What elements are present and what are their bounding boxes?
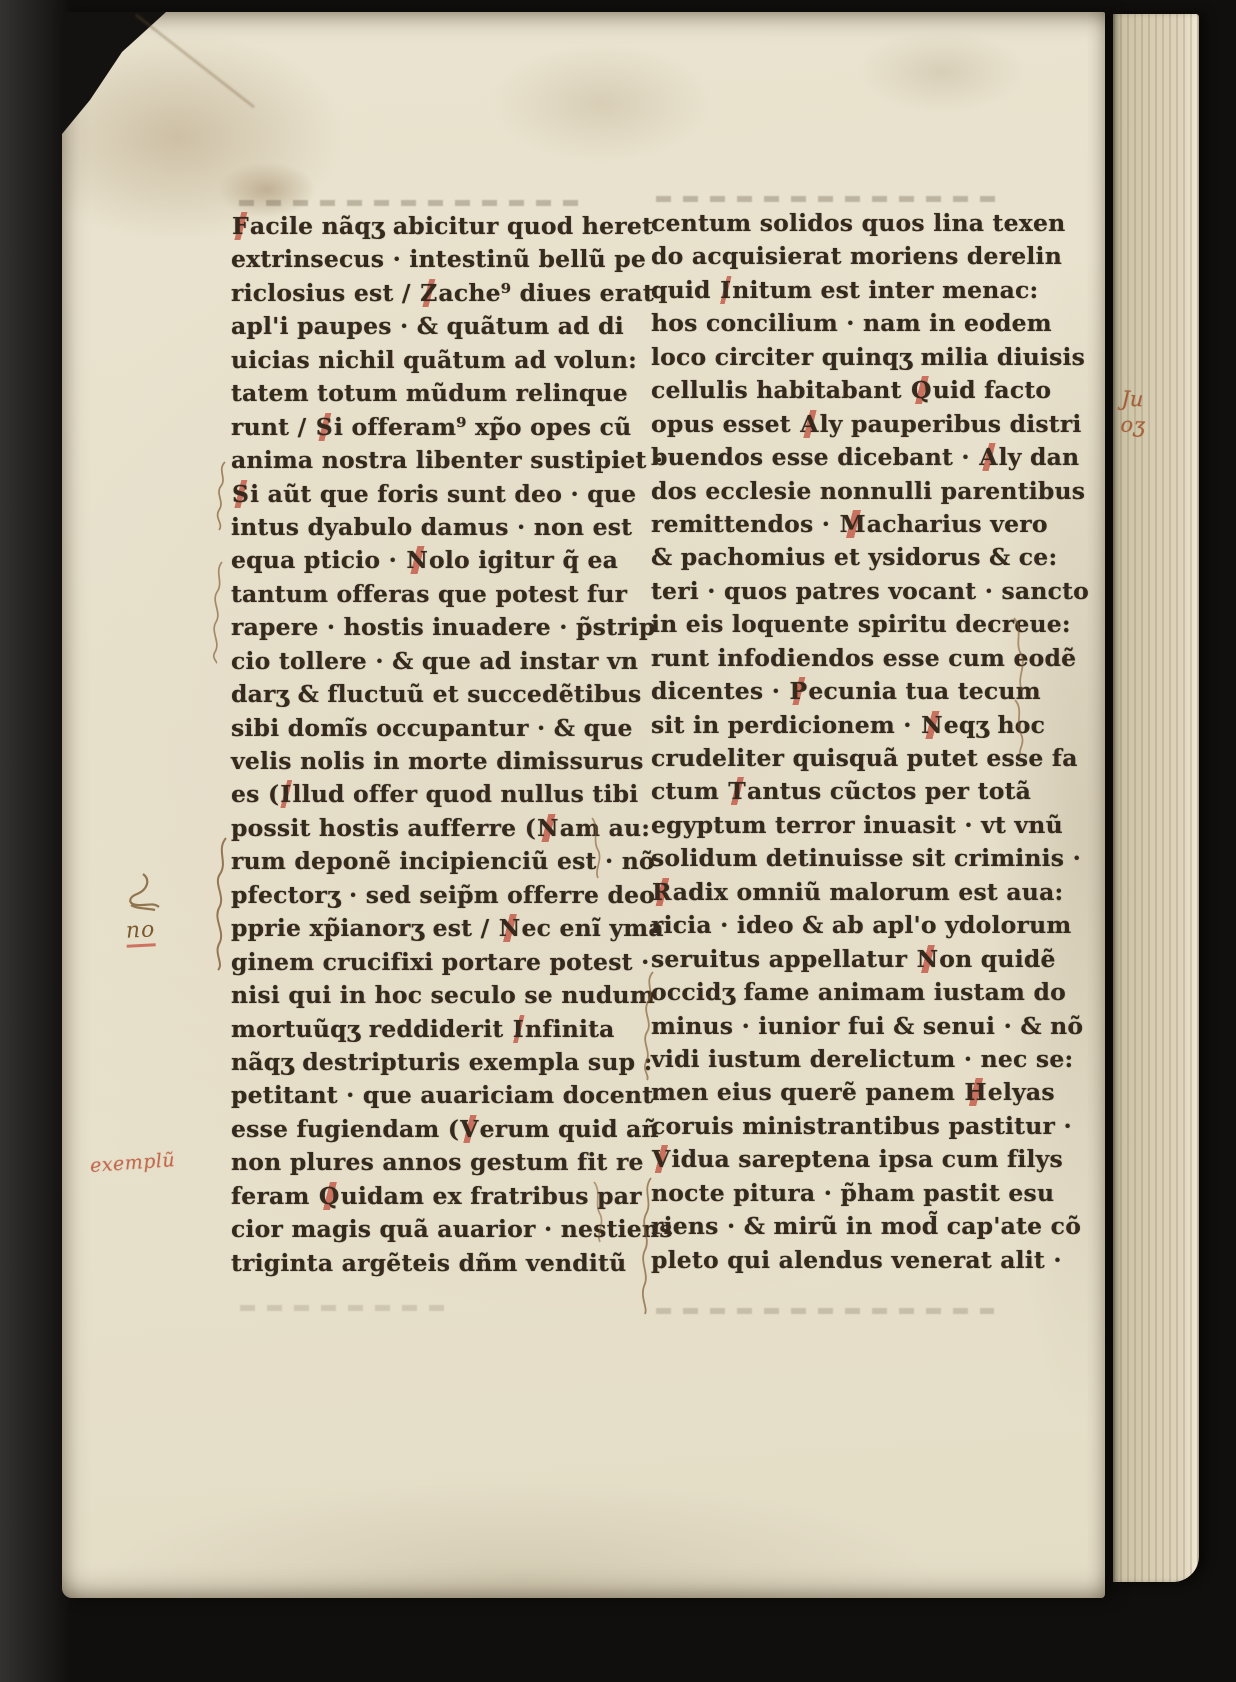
reader-mark-squiggle bbox=[588, 816, 604, 880]
text-line: centum solidos quos lina texen bbox=[651, 209, 1015, 242]
text-column-right: centum solidos quos lina texendo acquisi… bbox=[651, 209, 1015, 1279]
reader-mark-squiggle bbox=[640, 970, 658, 1082]
text-line: in eis loquente spiritu decreue: bbox=[651, 610, 1015, 643]
rubricated-initial: S bbox=[315, 413, 334, 441]
text-line: ginem crucifixi portare potest · bbox=[231, 948, 595, 981]
text-line: & pachomius et ysidorus & ce: bbox=[651, 543, 1015, 576]
rubricated-initial: N bbox=[536, 814, 560, 842]
text-line: Radix omniũ malorum est aua: bbox=[651, 878, 1015, 911]
rubricated-initial: T bbox=[727, 777, 747, 805]
rubricated-initial: Q bbox=[318, 1182, 341, 1210]
pen-flourish-icon bbox=[119, 872, 163, 914]
text-line: esse fugiendam (Verum quid añ bbox=[231, 1115, 595, 1148]
text-line: occidʒ fame animam iustam do bbox=[651, 978, 1015, 1011]
text-line: opus esset Aly pauperibus distri bbox=[651, 410, 1015, 443]
show-through-dashes bbox=[239, 200, 583, 206]
rubricated-initial: Z bbox=[419, 279, 438, 307]
text-line: non plures annos gestum fit re bbox=[231, 1148, 595, 1181]
text-line: quid Initum est inter menac: bbox=[651, 276, 1015, 309]
rubricated-initial: Q bbox=[910, 376, 933, 404]
show-through-dashes bbox=[240, 1305, 450, 1311]
rubricated-initial: I bbox=[719, 276, 732, 304]
text-line: riens · & mirũ in mod̃ cap'ate cõ bbox=[651, 1212, 1015, 1245]
text-line: crudeliter quisquã putet esse fa bbox=[651, 744, 1015, 777]
text-line: runt infodiendos esse cum eodẽ bbox=[651, 644, 1015, 677]
text-line: velis nolis in morte dimissurus bbox=[231, 747, 595, 780]
text-line: nãqʒ destripturis exempla sup : bbox=[231, 1048, 595, 1081]
text-column-left: Facile nãqʒ abicitur quod heretextrinsec… bbox=[231, 212, 595, 1282]
margin-note-no: no bbox=[106, 872, 176, 947]
text-line: equa pticio · Nolo igitur q̃ ea bbox=[231, 546, 595, 579]
text-line: loco circiter quinqʒ milia diuisis bbox=[651, 343, 1015, 376]
reader-mark-squiggle bbox=[212, 836, 232, 972]
show-through-dashes bbox=[656, 196, 1004, 202]
text-line: do acquisierat moriens derelin bbox=[651, 242, 1015, 275]
text-line: dicentes · Pecunia tua tecum bbox=[651, 677, 1015, 710]
text-line: teri · quos patres vocant · sancto bbox=[651, 577, 1015, 610]
text-line: mortuũqʒ reddiderit Infinita bbox=[231, 1015, 595, 1048]
text-line: sit in perdicionem · Neqʒ hoc bbox=[651, 711, 1015, 744]
text-line: es (Illud offer quod nullus tibi bbox=[231, 780, 595, 813]
text-line: riclosius est / Zache⁹ diues erat bbox=[231, 279, 595, 312]
rubricated-initial: M bbox=[839, 510, 867, 538]
text-line: minus · iunior fui & senui · & nõ bbox=[651, 1012, 1015, 1045]
text-line: intus dyabulo damus · non est bbox=[231, 513, 595, 546]
text-line: egyptum terror inuasit · vt vnũ bbox=[651, 811, 1015, 844]
text-line: pleto qui alendus venerat alit · bbox=[651, 1246, 1015, 1279]
text-line: tatem totum mũdum relinque bbox=[231, 379, 595, 412]
text-line: vidi iustum derelictum · nec se: bbox=[651, 1045, 1015, 1078]
text-line: petitant · que auariciam docent bbox=[231, 1081, 595, 1114]
text-line: extrinsecus · intestinũ bellũ pe bbox=[231, 245, 595, 278]
book-scan-background: Facile nãqʒ abicitur quod heretextrinsec… bbox=[0, 0, 1236, 1682]
rubricated-initial: I bbox=[512, 1015, 525, 1043]
reader-mark-squiggle bbox=[638, 1176, 656, 1316]
text-line: Si aũt que foris sunt deo · que bbox=[231, 480, 595, 513]
text-line: pprie xp̃ianorʒ est / Nec enĩ yma bbox=[231, 914, 595, 947]
fore-edge-pages: Ju oʒ bbox=[1113, 14, 1199, 1582]
text-line: tantum offeras que potest fur bbox=[231, 580, 595, 613]
reader-mark-squiggle bbox=[590, 1180, 606, 1244]
text-line: hos concilium · nam in eodem bbox=[651, 309, 1015, 342]
text-line: rum deponẽ incipienciũ est · nõ bbox=[231, 847, 595, 880]
rubricated-initial: V bbox=[651, 1145, 671, 1173]
rubricated-initial: N bbox=[920, 711, 944, 739]
rubricated-initial: R bbox=[651, 878, 673, 906]
text-line: pfectorʒ · sed seip̃m offerre deo bbox=[231, 881, 595, 914]
rubricated-initial: A bbox=[978, 443, 998, 471]
fore-edge-fragment-line: Ju bbox=[1121, 386, 1146, 413]
text-line: ricia · ideo & ab apl'o ydolorum bbox=[651, 911, 1015, 944]
text-line: men eius querẽ panem Helyas bbox=[651, 1078, 1015, 1111]
rubricated-initial: P bbox=[789, 677, 809, 705]
text-line: solidum detinuisse sit criminis · bbox=[651, 844, 1015, 877]
text-line: anima nostra libenter sustipiet · bbox=[231, 446, 595, 479]
text-line: ctum Tantus cũctos per totã bbox=[651, 777, 1015, 810]
rubricated-initial: A bbox=[799, 410, 819, 438]
fore-edge-note-fragment: Ju oʒ bbox=[1120, 386, 1146, 439]
text-line: remittendos · Macharius vero bbox=[651, 510, 1015, 543]
rubricated-initial: V bbox=[459, 1115, 479, 1143]
text-line: buendos esse dicebant · Aly dan bbox=[651, 443, 1015, 476]
reader-mark-squiggle bbox=[1010, 616, 1028, 756]
rubricated-initial: I bbox=[279, 780, 292, 808]
rubricated-initial: S bbox=[231, 480, 250, 508]
text-line: Vidua sareptena ipsa cum filys bbox=[651, 1145, 1015, 1178]
text-line: Facile nãqʒ abicitur quod heret bbox=[231, 212, 595, 245]
text-line: dos ecclesie nonnulli parentibus bbox=[651, 477, 1015, 510]
text-line: coruis ministrantibus pastitur · bbox=[651, 1112, 1015, 1145]
rubricated-initial: N bbox=[405, 546, 429, 574]
reader-mark-squiggle bbox=[214, 460, 230, 532]
rubricated-initial: F bbox=[231, 212, 250, 240]
rubricated-initial: N bbox=[498, 914, 522, 942]
text-line: uicias nichil quãtum ad volun: bbox=[231, 346, 595, 379]
margin-note-no-text: no bbox=[126, 917, 157, 948]
text-line: cio tollere · & que ad instar vn bbox=[231, 647, 595, 680]
rubricated-initial: H bbox=[963, 1078, 987, 1106]
text-line: apl'i paupes · & quãtum ad di bbox=[231, 312, 595, 345]
rubricated-initial: N bbox=[916, 945, 940, 973]
text-line: cior magis quã auarior · nestiens bbox=[231, 1215, 595, 1248]
text-line: nisi qui in hoc seculo se nudum bbox=[231, 981, 595, 1014]
fore-edge-fragment-line: oʒ bbox=[1120, 412, 1145, 439]
text-line: nocte pitura · p̃ham pastit esu bbox=[651, 1179, 1015, 1212]
reader-mark-squiggle bbox=[210, 560, 226, 664]
text-line: rapere · hostis inuadere · p̃strip bbox=[231, 613, 595, 646]
text-line: sibi domĩs occupantur · & que bbox=[231, 714, 595, 747]
text-line: runt / Si offeram⁹ xp̃o opes cũ bbox=[231, 413, 595, 446]
text-line: feram Quidam ex fratribus par bbox=[231, 1182, 595, 1215]
text-line: seruitus appellatur Non quidẽ bbox=[651, 945, 1015, 978]
text-line: cellulis habitabant Quid facto bbox=[651, 376, 1015, 409]
text-line: darʒ & fluctuũ et succedẽtibus bbox=[231, 680, 595, 713]
show-through-dashes bbox=[656, 1308, 994, 1314]
text-line: triginta argẽteis dñm venditũ bbox=[231, 1249, 595, 1282]
text-line: possit hostis aufferre (Nam au: bbox=[231, 814, 595, 847]
